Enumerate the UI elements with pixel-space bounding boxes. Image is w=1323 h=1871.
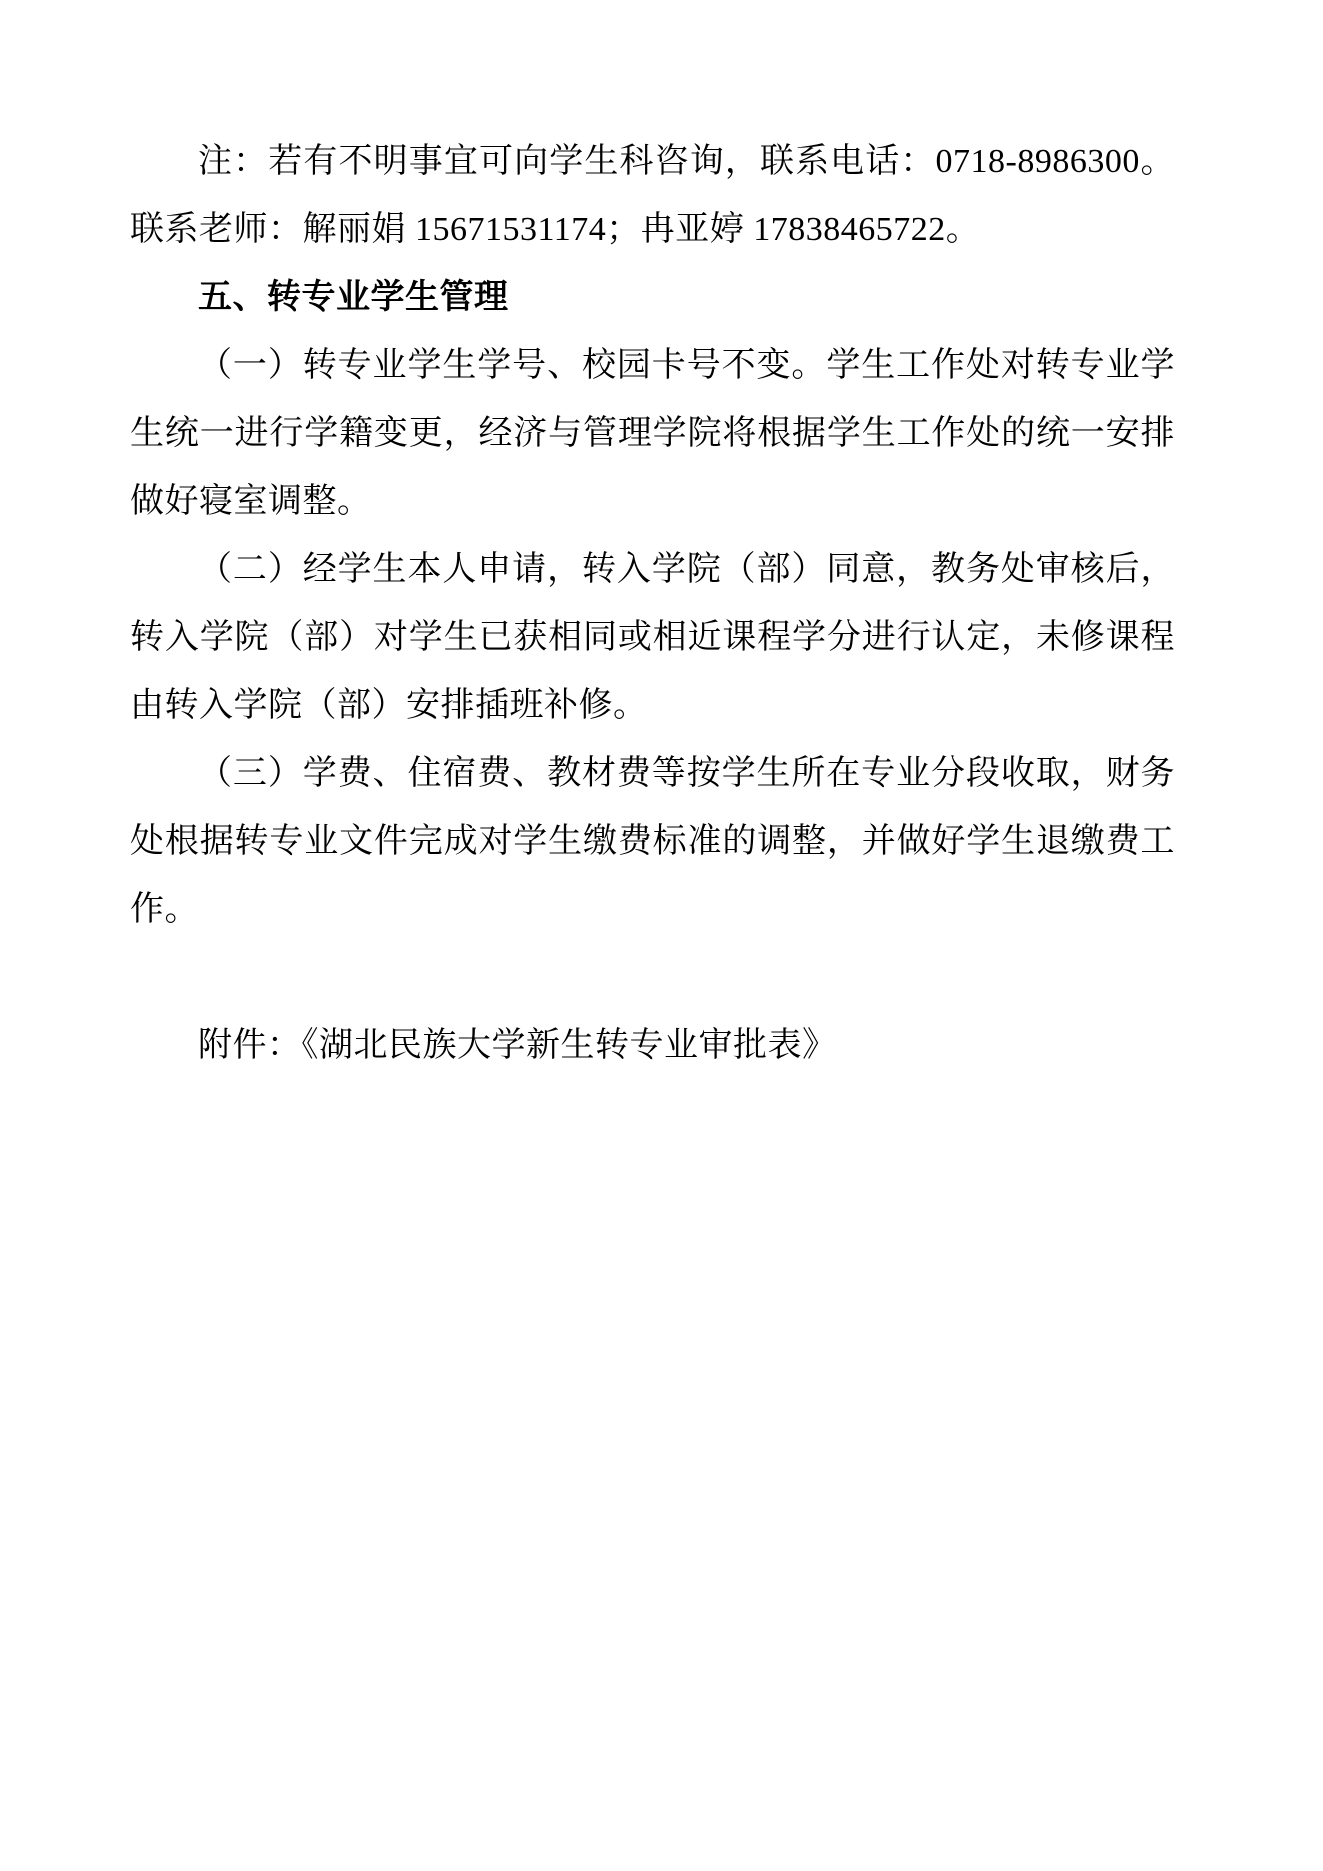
attachment-line: 附件：《湖北民族大学新生转专业审批表》 bbox=[130, 1012, 1175, 1080]
item-3-paragraph: （三）学费、住宿费、教材费等按学生所在专业分段收取，财务处根据转专业文件完成对学… bbox=[130, 740, 1175, 944]
note-paragraph: 注：若有不明事宜可向学生科咨询，联系电话：0718-8986300。联系老师：解… bbox=[130, 128, 1175, 264]
document-page: 注：若有不明事宜可向学生科咨询，联系电话：0718-8986300。联系老师：解… bbox=[0, 0, 1323, 1871]
item-1-paragraph: （一）转专业学生学号、校园卡号不变。学生工作处对转专业学生统一进行学籍变更，经济… bbox=[130, 332, 1175, 536]
item-2-paragraph: （二）经学生本人申请，转入学院（部）同意，教务处审核后，转入学院（部）对学生已获… bbox=[130, 536, 1175, 740]
section-heading: 五、转专业学生管理 bbox=[130, 264, 1175, 332]
